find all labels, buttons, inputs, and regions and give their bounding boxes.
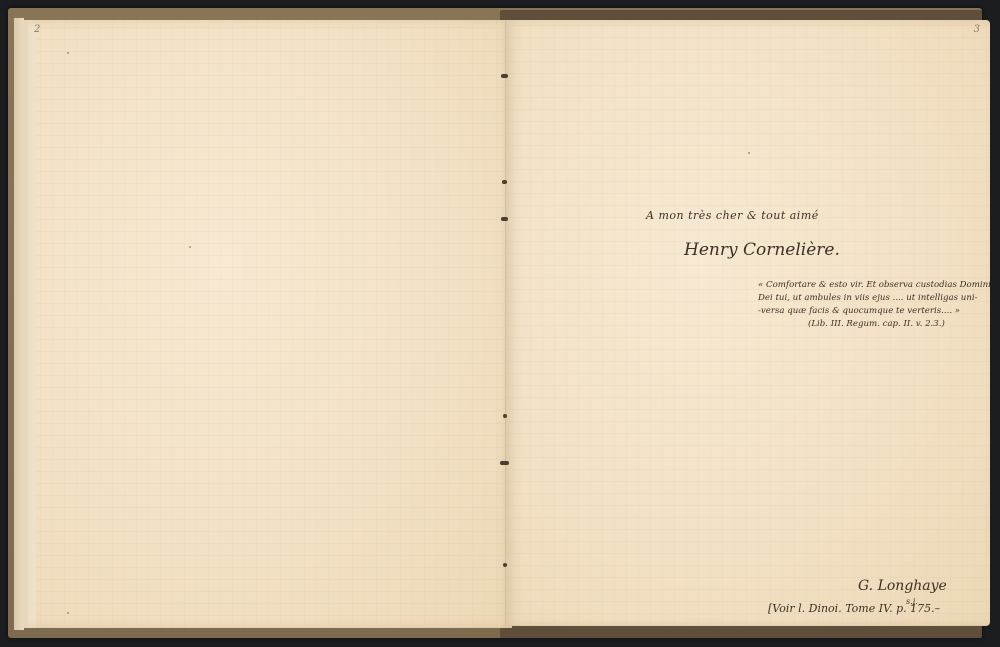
paper-speck: [189, 246, 191, 248]
paper-speck: [67, 612, 69, 614]
paper-speck: [748, 152, 750, 154]
right-folio: 3: [974, 24, 980, 35]
dedicatee-name: Henry Cornelière.: [684, 240, 840, 260]
stitch-mark: [502, 180, 507, 184]
left-page: 2: [22, 20, 512, 628]
quote-line: -versa quæ facis & quocumque te verteris…: [758, 305, 991, 318]
stitch-mark: [503, 563, 507, 567]
quote-citation: (Lib. III. Regum. cap. II. v. 2.3.): [758, 318, 991, 331]
latin-quotation: « Comfortare & esto vir. Et observa cust…: [758, 279, 991, 331]
signature: G. Longhaye: [858, 578, 947, 594]
stitch-mark: [501, 74, 508, 78]
stitch-mark: [500, 461, 509, 465]
left-folio: 2: [34, 24, 40, 35]
reference-note: [Voir l. Dinoi. Tome IV. p. 175.–: [768, 602, 940, 615]
paper-speck: [67, 52, 69, 54]
stitch-mark: [503, 414, 507, 418]
gutter: [505, 20, 507, 628]
quote-line: « Comfortare & esto vir. Et observa cust…: [758, 279, 991, 292]
quote-line: Dei tui, ut ambules in viis ejus .... ut…: [758, 292, 991, 305]
dedication-line: A mon très cher & tout aimé: [646, 209, 819, 222]
stitch-mark: [501, 217, 508, 221]
